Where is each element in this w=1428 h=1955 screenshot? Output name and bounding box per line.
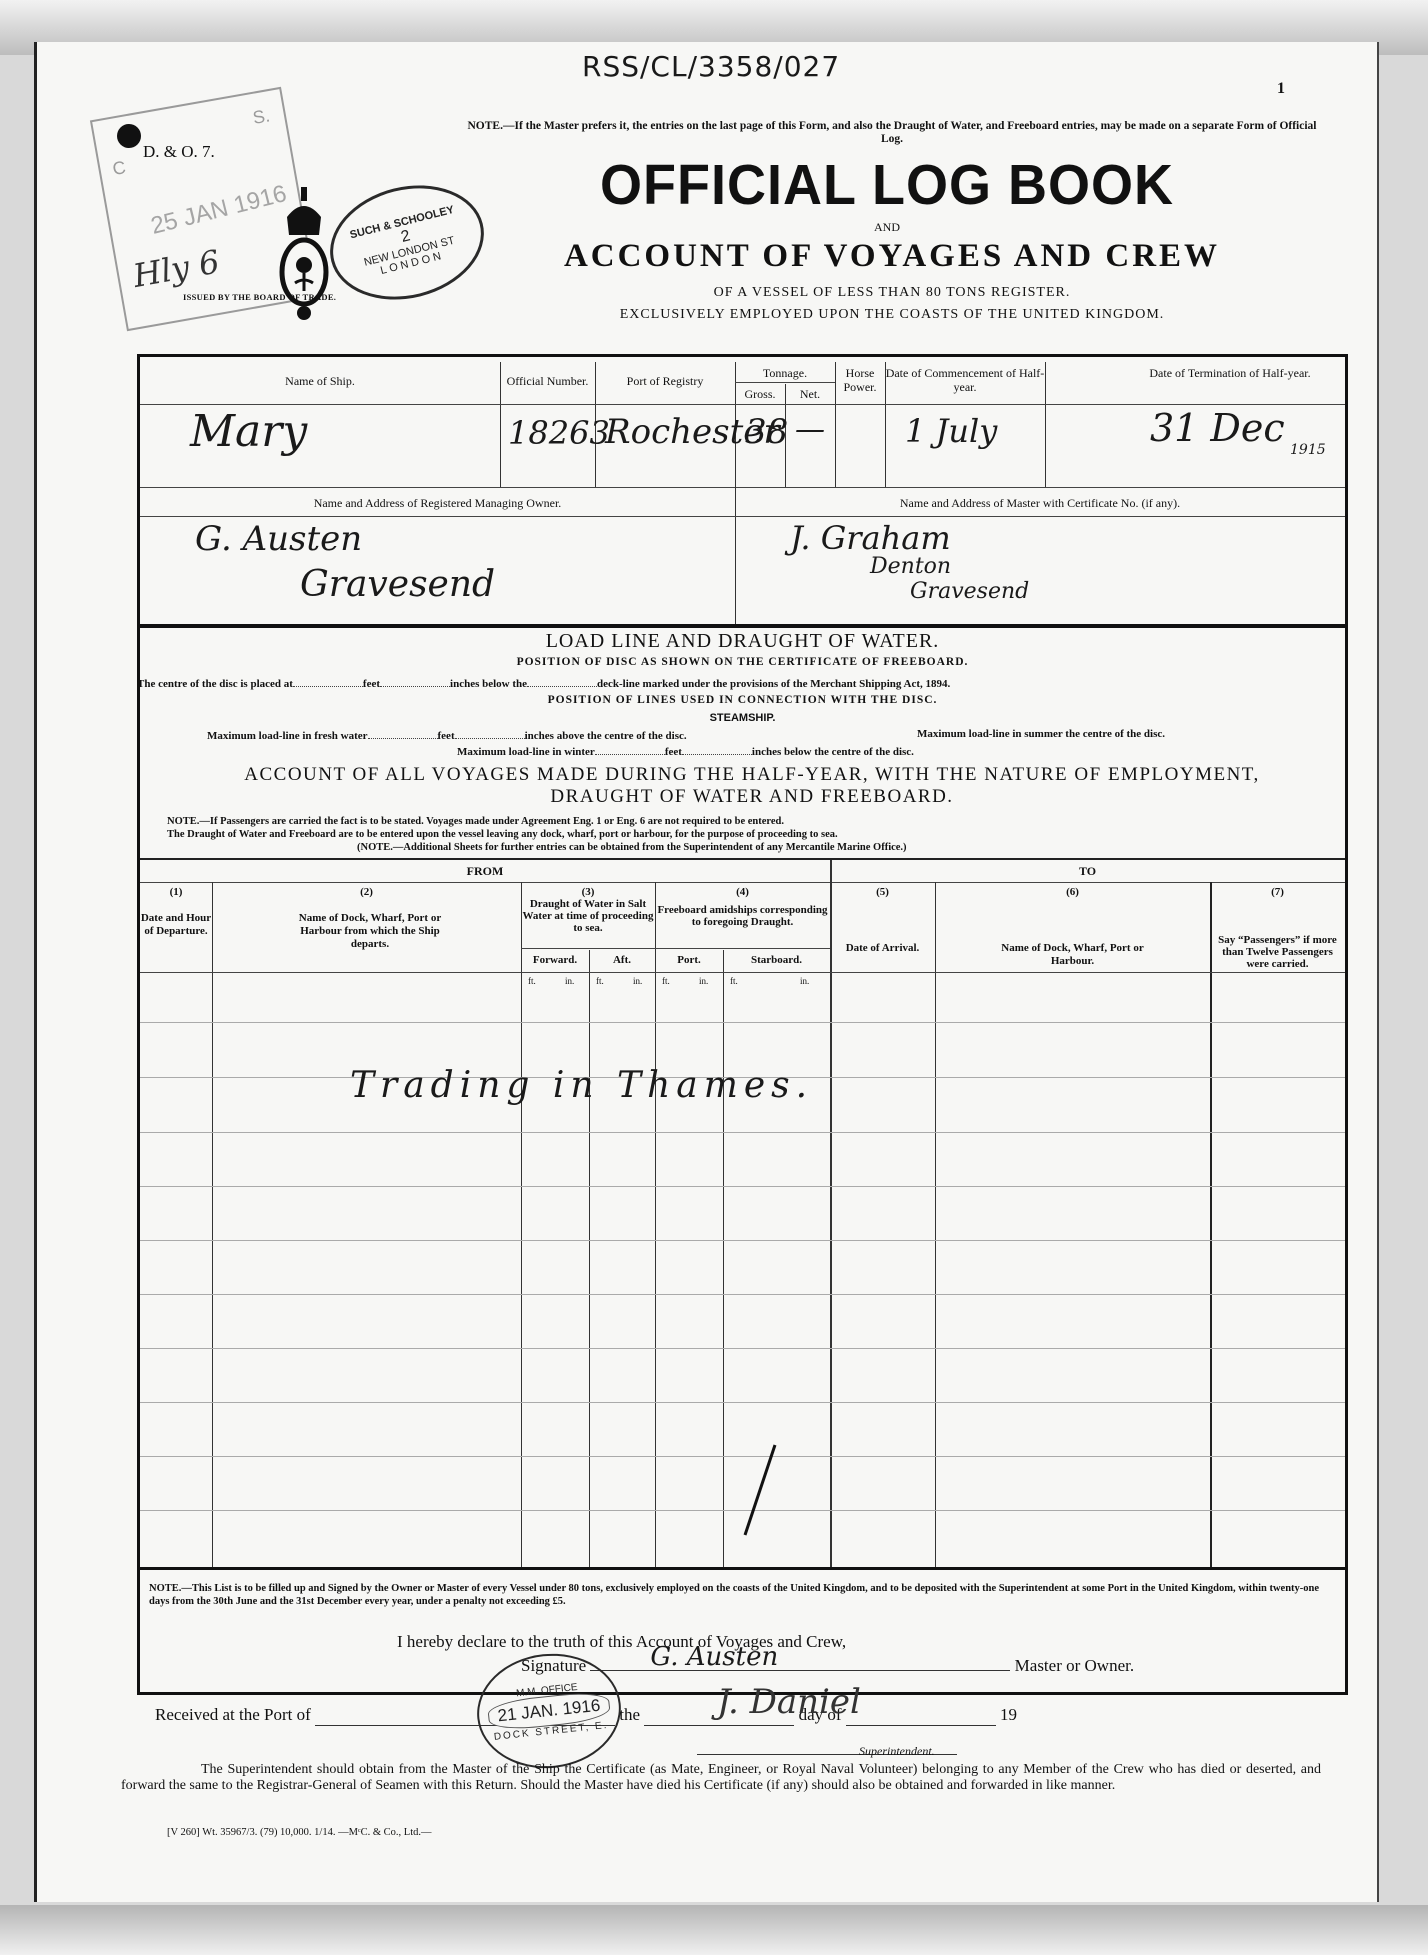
master-name-value: J. Graham xyxy=(790,519,951,557)
form-code: D. & O. 7. xyxy=(143,142,215,162)
col-6-number: (6) xyxy=(935,886,1210,898)
winter-text-2: feet xyxy=(665,746,682,758)
stamp-date: 25 JAN 1916 xyxy=(148,180,289,241)
ft-label: ft. xyxy=(528,976,536,986)
label-owner: Name and Address of Registered Managing … xyxy=(140,496,735,511)
to-heading: TO xyxy=(830,864,1345,879)
voyages-note-2: The Draught of Water and Freeboard are t… xyxy=(167,829,1317,840)
disc-text-2: feet xyxy=(363,678,380,690)
printer-imprint: [V 260] Wt. 35967/3. (79) 10,000. 1/14. … xyxy=(167,1827,432,1838)
header-and: AND xyxy=(477,220,1297,235)
col-2-number: (2) xyxy=(212,886,521,898)
disc-text-4: deck-line marked under the provisions of… xyxy=(597,678,950,690)
load-line-title: LOAD LINE AND DRAUGHT OF WATER. xyxy=(140,630,1345,653)
fresh-water-line: Maximum load-line in fresh waterfeetinch… xyxy=(207,728,687,742)
page-subtitle: ACCOUNT OF VOYAGES AND CREW xyxy=(457,238,1327,275)
voyages-title: ACCOUNT OF ALL VOYAGES MADE DURING THE H… xyxy=(197,764,1307,808)
official-number-value: 18263 xyxy=(508,414,610,452)
master-address-line-3: Gravesend xyxy=(910,579,1029,604)
received-label: Received at the Port of xyxy=(155,1705,311,1724)
disc-position-line: The centre of the disc is placed atfeeti… xyxy=(137,676,1352,690)
header-note: NOTE.—If the Master prefers it, the entr… xyxy=(457,120,1327,146)
declaration: I hereby declare to the truth of this Ac… xyxy=(397,1632,846,1652)
termination-year: 1915 xyxy=(1290,442,1326,458)
sub-port: Port. xyxy=(655,954,723,966)
received-the: the xyxy=(619,1705,640,1724)
ship-name-value: Mary xyxy=(190,406,307,457)
blank-winter-inches[interactable] xyxy=(682,744,752,755)
ft-label: ft. xyxy=(662,976,670,986)
label-ship-name: Name of Ship. xyxy=(140,374,500,389)
net-value: — xyxy=(795,412,825,447)
blank-feet[interactable] xyxy=(293,676,363,687)
disc-text-3: inches below the xyxy=(450,678,527,690)
sub-forward: Forward. xyxy=(521,954,589,966)
scan-shadow-bottom xyxy=(0,1905,1428,1955)
col-4-number: (4) xyxy=(655,886,830,898)
ft-label: ft. xyxy=(730,976,738,986)
label-gross: Gross. xyxy=(735,387,785,402)
stamp-corner-c: C xyxy=(111,157,127,180)
owner-name-value: G. Austen xyxy=(195,519,362,559)
label-port: Port of Registry xyxy=(595,374,735,389)
signature-field[interactable]: G. Austen xyxy=(590,1654,1010,1671)
fresh-text-3: inches above the centre of the disc. xyxy=(525,730,687,742)
blank-winter-feet[interactable] xyxy=(595,744,665,755)
blank-deck[interactable] xyxy=(527,676,597,687)
footer-note: NOTE.—This List is to be filled up and S… xyxy=(149,1582,1334,1608)
col-5-number: (5) xyxy=(830,886,935,898)
termination-value: 31 Dec xyxy=(1150,406,1285,450)
voyages-note-1: NOTE.—If Passengers are carried the fact… xyxy=(167,816,1317,827)
sub-aft: Aft. xyxy=(589,954,655,966)
label-official-number: Official Number. xyxy=(500,374,595,389)
superintendent-label: Superintendent. xyxy=(859,1744,935,1759)
in-label: in. xyxy=(699,976,708,986)
fresh-text-2: feet xyxy=(438,730,455,742)
signature-value: G. Austen xyxy=(650,1642,778,1672)
in-label: in. xyxy=(800,976,809,986)
voyage-entry: Trading in Thames. xyxy=(350,1065,813,1106)
label-tonnage: Tonnage. xyxy=(735,366,835,381)
header-line-2: EXCLUSIVELY EMPLOYED UPON THE COASTS OF … xyxy=(457,307,1327,323)
col-5-header: Date of Arrival. xyxy=(830,942,935,955)
voyages-note-3: (NOTE.—Additional Sheets for further ent… xyxy=(357,842,1257,853)
col-7-header: Say “Passengers” if more than Twelve Pas… xyxy=(1215,934,1340,970)
disc-text-1: The centre of the disc is placed at xyxy=(137,678,293,690)
label-net: Net. xyxy=(785,387,835,402)
label-termination: Date of Termination of Half-year. xyxy=(1045,366,1345,380)
col-1-number: (1) xyxy=(140,886,212,898)
col-7-number: (7) xyxy=(1210,886,1345,898)
fresh-text-1: Maximum load-line in fresh water xyxy=(207,730,368,742)
page-title: OFFICIAL LOG BOOK xyxy=(477,152,1297,217)
in-label: in. xyxy=(565,976,574,986)
steamship-heading: STEAMSHIP. xyxy=(140,712,1345,724)
summer-line: Maximum load-line in summer the centre o… xyxy=(917,728,1165,740)
superintendent-signature: J. Daniel xyxy=(717,1682,861,1722)
ship-details-table: Name of Ship. Official Number. Port of R… xyxy=(140,354,1345,442)
stamp-initials: Hly 6 xyxy=(130,242,222,294)
master-or-owner-label: Master or Owner. xyxy=(1015,1656,1134,1675)
label-horse-power: Horse Power. xyxy=(835,366,885,394)
col-3-number: (3) xyxy=(521,886,655,898)
pen-stroke-mark xyxy=(740,1440,780,1540)
blank-fresh-feet[interactable] xyxy=(368,728,438,739)
col-3-header: Draught of Water in Salt Water at time o… xyxy=(521,898,655,934)
gross-value: 38 xyxy=(745,412,788,452)
winter-text-1: Maximum load-line in winter xyxy=(457,746,595,758)
blank-inches[interactable] xyxy=(380,676,450,687)
commencement-value: 1 July xyxy=(905,412,997,450)
col-1-header: Date and Hour of Departure. xyxy=(140,912,212,938)
issued-by: ISSUED BY THE BOARD OF TRADE. xyxy=(183,292,336,302)
from-heading: FROM xyxy=(140,864,830,879)
winter-text-3: inches below the centre of the disc. xyxy=(752,746,914,758)
in-label: in. xyxy=(633,976,642,986)
stamp-corner-s: S. xyxy=(251,105,271,129)
signature-line: Signature G. Austen Master or Owner. xyxy=(521,1654,1281,1676)
header-line-1: OF A VESSEL OF LESS THAN 80 TONS REGISTE… xyxy=(457,285,1327,301)
superintendent-instructions: The Superintendent should obtain from th… xyxy=(121,1762,1321,1794)
blank-fresh-inches[interactable] xyxy=(455,728,525,739)
winter-line: Maximum load-line in winterfeetinches be… xyxy=(457,744,914,758)
received-month-field[interactable] xyxy=(846,1705,996,1726)
voyages-table: FROM TO (1) Date and Hour of Departure. … xyxy=(140,860,1345,1570)
disc-heading: POSITION OF DISC AS SHOWN ON THE CERTIFI… xyxy=(140,656,1345,668)
archive-reference: RSS/CL/3358/027 xyxy=(582,50,840,83)
label-master: Name and Address of Master with Certific… xyxy=(735,496,1345,511)
owner-address-value: Gravesend xyxy=(300,564,495,605)
sub-starboard: Starboard. xyxy=(723,954,830,966)
page-number: 1 xyxy=(1277,80,1285,98)
col-2-header: Name of Dock, Wharf, Port or Harbour fro… xyxy=(280,912,460,951)
col-4-header: Freeboard amidships corresponding to for… xyxy=(655,904,830,928)
document-page: RSS/CL/3358/027 1 C S. 25 JAN 1916 Hly 6… xyxy=(34,42,1379,1902)
col-6-header: Name of Dock, Wharf, Port or Harbour. xyxy=(980,942,1165,968)
label-commencement: Date of Commencement of Half-year. xyxy=(885,366,1045,394)
stamp-number: 2 xyxy=(399,227,412,247)
received-year-prefix: 19 xyxy=(1000,1705,1017,1724)
ft-label: ft. xyxy=(596,976,604,986)
lines-heading: POSITION OF LINES USED IN CONNECTION WIT… xyxy=(140,694,1345,706)
master-address-line-2: Denton xyxy=(870,554,951,579)
